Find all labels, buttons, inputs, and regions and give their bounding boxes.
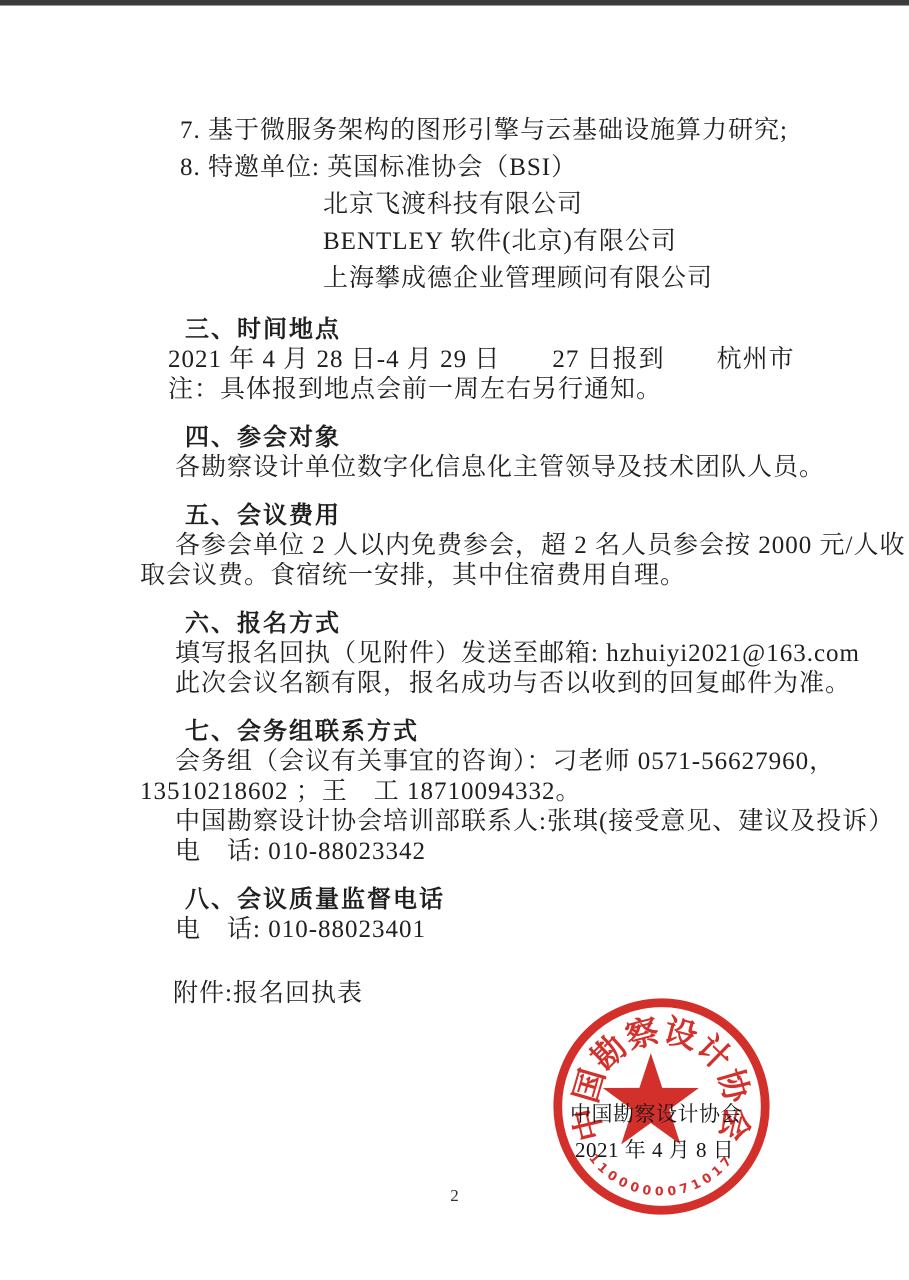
section-heading-time-place: 三、时间地点 — [140, 315, 800, 345]
viewer-top-edge — [0, 0, 909, 6]
invited-unit: 上海攀成德企业管理顾问有限公司 — [140, 260, 800, 297]
section-body-line: 2021 年 4 月 28 日-4 月 29 日 27 日报到 杭州市 — [140, 345, 800, 375]
signature-organization: 中国勘察设计协会 — [570, 1098, 742, 1128]
section-body-line: 填写报名回执（见附件）发送至邮箱: hzhuiyi2021@163.com — [140, 639, 800, 669]
section-body-line: 此次会议名额有限，报名成功与否以收到的回复邮件为准。 — [140, 669, 800, 699]
numbered-item-8: 8. 特邀单位: 英国标准协会（BSI） — [140, 149, 800, 186]
section-body-line: 中国勘察设计协会培训部联系人:张琪(接受意见、建议及投诉） — [140, 807, 800, 837]
section-heading-fees: 五、会议费用 — [140, 501, 800, 531]
section-heading-quality-phone: 八、会议质量监督电话 — [140, 885, 800, 915]
signature-date: 2021 年 4 月 8 日 — [575, 1134, 734, 1164]
section-body-line: 电 话: 010-88023401 — [140, 915, 800, 945]
section-body-line: 取会议费。食宿统一安排，其中住宿费用自理。 — [140, 561, 800, 591]
numbered-item-7: 7. 基于微服务架构的图形引擎与云基础设施算力研究; — [140, 112, 800, 149]
section-body-line: 各参会单位 2 人以内免费参会，超 2 名人员参会按 2000 元/人收 — [140, 531, 800, 561]
document-content: 7. 基于微服务架构的图形引擎与云基础设施算力研究; 8. 特邀单位: 英国标准… — [140, 112, 800, 1009]
section-body-line: 各勘察设计单位数字化信息化主管领导及技术团队人员。 — [140, 453, 800, 483]
section-body-line: 13510218602 ；王 工 18710094332。 — [140, 777, 800, 807]
section-body-line: 注：具体报到地点会前一周左右另行通知。 — [140, 375, 800, 405]
section-body-line: 会务组（会议有关事宜的咨询）：刁老师 0571-56627960， — [140, 747, 800, 777]
document-page: 7. 基于微服务架构的图形引擎与云基础设施算力研究; 8. 特邀单位: 英国标准… — [0, 0, 909, 1280]
invited-unit: 北京飞渡科技有限公司 — [140, 186, 800, 223]
section-heading-registration: 六、报名方式 — [140, 609, 800, 639]
invited-unit: BENTLEY 软件(北京)有限公司 — [140, 223, 800, 260]
section-heading-contacts: 七、会务组联系方式 — [140, 717, 800, 747]
section-body-line: 电 话: 010-88023342 — [140, 837, 800, 867]
section-heading-attendees: 四、参会对象 — [140, 423, 800, 453]
